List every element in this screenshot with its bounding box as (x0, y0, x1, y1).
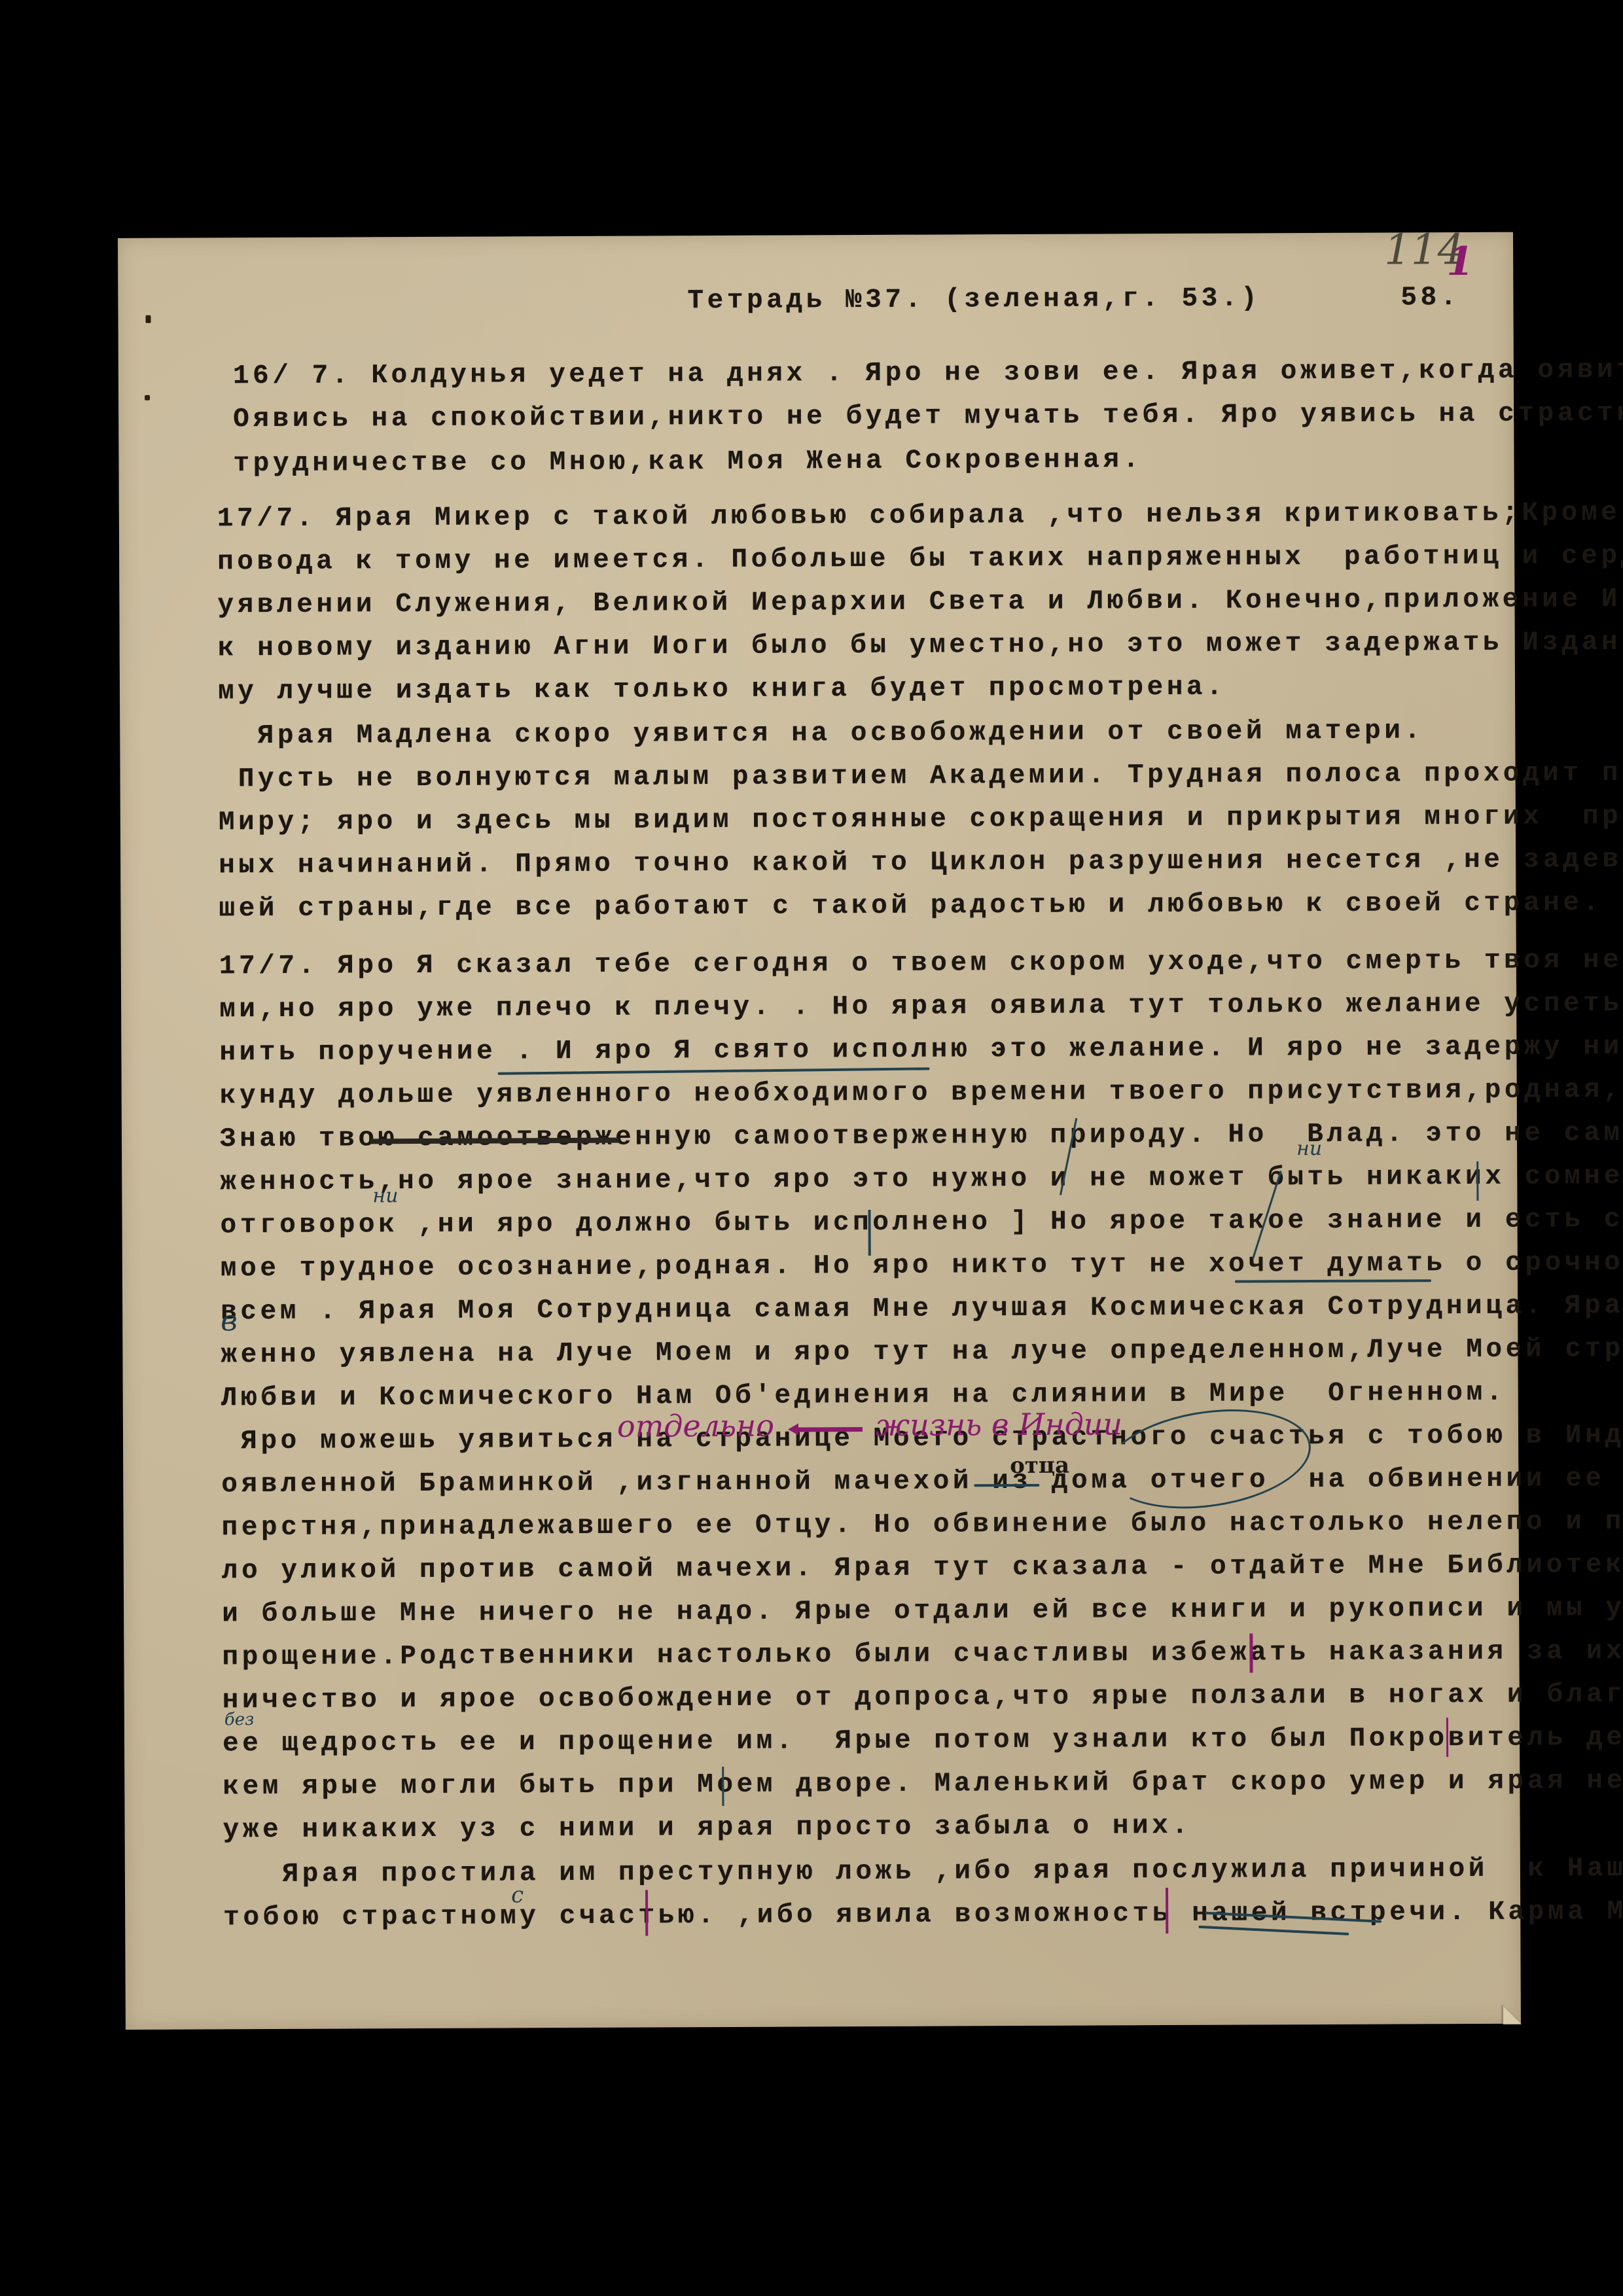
archive-number-correction: 1 (1446, 239, 1474, 285)
ink-strikethrough (974, 1484, 1039, 1487)
text-line: к новому изданию Агни Иоги было бы умест… (218, 629, 1623, 662)
text-line: Ярая Мадлена скоро уявится на освобожден… (218, 718, 1424, 750)
text-line: перстня,принадлежавшего ее Отцу. Но обви… (222, 1508, 1623, 1542)
text-line: уже никаких уз с ними и ярая просто забы… (223, 1813, 1192, 1844)
text-line: шей страны,где все работают с такой радо… (219, 890, 1602, 923)
text-line: и больше Мне ничего не надо. Ярые отдали… (222, 1595, 1623, 1628)
text-line: уявлении Служения, Великой Иерархии Свет… (217, 586, 1623, 619)
text-line: прощение.Родственники настолько были сча… (222, 1638, 1623, 1671)
typewritten-page: 114 1 Тетрадь №37. (зеленая,г. 53.) 58. … (118, 232, 1521, 2030)
ink-circle (1099, 1397, 1317, 1521)
insertion-v: в (221, 1304, 238, 1337)
magenta-note: отдельно (617, 1408, 774, 1444)
page-title: Тетрадь №37. (зеленая,г. 53.) (687, 285, 1260, 315)
insertion-s: с (511, 1882, 524, 1908)
punch-hole-mark (146, 315, 151, 323)
text-line: ничество и ярое освобождение от допроса,… (223, 1681, 1623, 1714)
text-line: Любви и Космического Нам Об'единения на … (221, 1380, 1506, 1413)
ink-bracket (868, 1210, 870, 1256)
text-line: мое трудное осознание,родная. Но яро ник… (221, 1249, 1623, 1282)
text-line: оявленной Браминкой ,изгнанной мачехой и… (221, 1465, 1623, 1498)
ink-mark (645, 1890, 648, 1935)
ink-strikethrough (370, 1138, 619, 1144)
text-line: ее щедрость ее и прощение им. Ярые потом… (223, 1724, 1623, 1757)
text-line: женность,но ярое знание,что яро это нужн… (220, 1163, 1623, 1196)
magenta-note: жизнь в Индии (876, 1406, 1122, 1443)
folded-corner (1503, 2006, 1522, 2024)
text-line: женно уявлена на Луче Моем и яро тут на … (221, 1335, 1623, 1369)
text-line: тобою страстному счастью. ,ибо явила воз… (223, 1898, 1623, 1932)
text-line: Пусть не волнуются малым развитием Акаде… (219, 760, 1623, 793)
text-line: ло уликой против самой мачехи. Ярая тут … (222, 1551, 1623, 1585)
punch-hole-mark (145, 395, 150, 400)
page-number: 58. (1400, 285, 1460, 311)
insertion-bez: без (224, 1710, 255, 1729)
insertion-otca: отца (1010, 1453, 1069, 1479)
text-line: повода к тому не имеется. Побольше бы та… (217, 542, 1623, 576)
ink-underline (498, 1067, 930, 1074)
arrow-icon (797, 1427, 863, 1432)
ink-mark (1249, 1633, 1253, 1672)
text-line: Оявись на спокойствии,никто не будет муч… (233, 400, 1623, 433)
ink-mark (1166, 1888, 1168, 1934)
ink-mark (1476, 1161, 1478, 1201)
text-line: трудничестве со Мною,как Моя Жена Сокров… (233, 447, 1143, 478)
text-line: 17/7. Яро Я сказал тебе сегодня о твоем … (219, 947, 1623, 981)
insertion-ni: ни (1296, 1137, 1322, 1160)
text-line: ми,но яро уже плечо к плечу. . Но ярая о… (219, 990, 1623, 1023)
text-line: кунду дольше уявленного необходимого вре… (220, 1076, 1623, 1110)
ink-underline (1235, 1279, 1431, 1282)
text-line: 17/7. Ярая Микер с такой любовью собирал… (217, 499, 1623, 533)
text-line: кем ярые могли быть при Моем дворе. Мале… (223, 1767, 1623, 1801)
text-line: Миру; яро и здесь мы видим постоянные со… (219, 803, 1623, 836)
text-line: нить поручение . И яро Я свято исполню э… (219, 1033, 1623, 1067)
text-line: отговорок ,ни яро должно быть исполнено … (220, 1207, 1623, 1240)
insertion-ni: ни (372, 1184, 398, 1207)
ink-mark (1446, 1718, 1448, 1757)
text-line: ных начинаний. Прямо точно какой то Цикл… (219, 846, 1623, 879)
text-line: 16/ 7. Колдунья уедет на днях . Яро не з… (233, 357, 1623, 390)
text-line: Знаю твою самоотверженную самоотверженну… (220, 1120, 1623, 1153)
text-line: Ярая простила им преступную ложь ,ибо яр… (223, 1855, 1623, 1888)
ink-mark (722, 1767, 724, 1806)
text-line: всем . Ярая Моя Сотрудница самая Мне луч… (221, 1292, 1623, 1326)
text-line: му лучше издать как только книга будет п… (218, 675, 1226, 706)
